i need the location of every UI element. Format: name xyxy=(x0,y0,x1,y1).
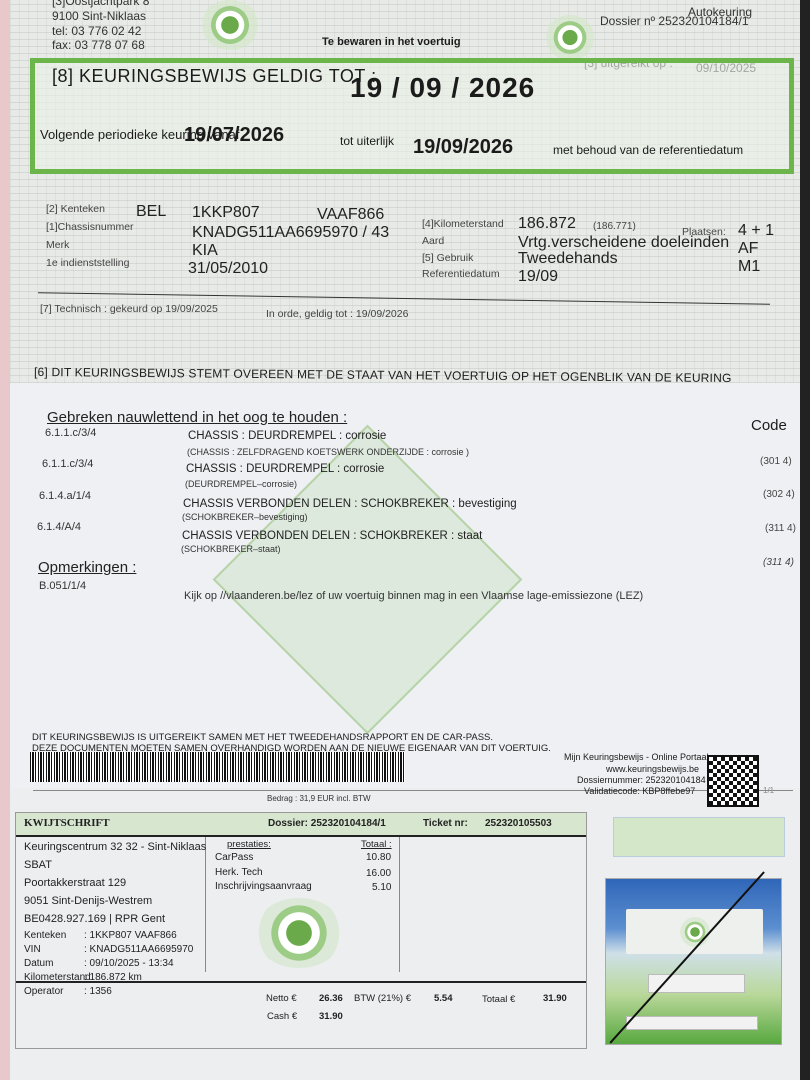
vat-label: BTW (21%) € xyxy=(354,993,411,1004)
company-vat: BE0428.927.169 | RPR Gent xyxy=(24,913,165,925)
defect-ref: 6.1.1.c/3/4 xyxy=(45,427,96,439)
defect-detail: (CHASSIS : ZELFDRAGEND KOETSWERK ONDERZI… xyxy=(187,447,469,457)
type-code: AF xyxy=(738,240,758,258)
chassis-number: KNADG511AA6695970 / 43 xyxy=(192,224,389,242)
plate-country: BEL xyxy=(136,203,166,221)
plate-label: [2] Kenteken xyxy=(46,203,105,215)
service-name: CarPass xyxy=(215,852,253,863)
inspection-center: Keuringscentrum 32 32 - Sint-Niklaas xyxy=(24,841,206,853)
company-street: Poortakkerstraat 129 xyxy=(24,877,126,889)
defect-code: (311 4) xyxy=(765,523,796,534)
net-label: Netto € xyxy=(266,993,297,1004)
defect-description: CHASSIS : DEURDREMPEL : corrosie xyxy=(186,463,384,475)
company-city: 9051 Sint-Denijs-Westrem xyxy=(24,895,152,907)
valid-until-date: 19 / 09 / 2026 xyxy=(350,72,535,104)
portal-dossier: Dossiernummer: 252320104184 xyxy=(577,775,706,785)
mileage-previous: (186.771) xyxy=(593,221,636,232)
defect-description: CHASSIS VERBONDEN DELEN : SCHOKBREKER : … xyxy=(183,498,517,510)
defect-ref: 6.1.4.a/1/4 xyxy=(39,490,91,502)
address-line1: [3]Oostjachtpark 8 xyxy=(52,0,149,8)
ticket-number: 252320105503 xyxy=(485,818,552,829)
footer-notice-1: DIT KEURINGSBEWIJS IS UITGEREIKT SAMEN M… xyxy=(32,732,493,743)
divider xyxy=(205,837,206,972)
mileage-value: 186.872 xyxy=(518,215,576,233)
make-value: KIA xyxy=(192,242,218,260)
reference-date-value: 19/09 xyxy=(518,268,558,286)
remarks-heading: Opmerkingen : xyxy=(38,559,136,576)
phone: tel: 03 776 02 42 xyxy=(52,24,141,38)
valid-until-label: [8] KEURINGSBEWIJS GELDIG TOT : xyxy=(52,66,377,87)
service-amount: 5.10 xyxy=(372,882,391,893)
reference-date-label: Referentiedatum xyxy=(422,268,500,280)
service-name: Inschrijvingsaanvraag xyxy=(215,881,312,892)
divider xyxy=(399,837,400,972)
divider xyxy=(16,981,586,983)
company-name: SBAT xyxy=(24,859,52,871)
next-inspection-to: 19/09/2026 xyxy=(413,136,513,159)
validation-code: Validatiecode: KBP8ffebe97 xyxy=(584,786,695,796)
cash-label: Cash € xyxy=(267,1011,297,1022)
goca-eye-logo-icon xyxy=(200,0,260,50)
goca-eye-logo-icon xyxy=(254,898,344,968)
goca-eye-logo-icon xyxy=(545,15,595,60)
page-indicator: 1/1 xyxy=(763,786,774,795)
chassis-label: [1]Chassisnummer xyxy=(46,221,134,233)
sticker-field xyxy=(626,1016,758,1030)
receipt: KWIJTSCHRIFT Dossier: 252320104184/1 Tic… xyxy=(15,812,587,1049)
background-edge xyxy=(800,0,810,1080)
plate-number: 1KKP807 xyxy=(192,204,260,222)
next-inspection-from: 19/07/2026 xyxy=(184,124,284,147)
receipt-field-label: Datum xyxy=(24,958,53,969)
defect-code: (311 4) xyxy=(763,557,794,568)
plate-extra: VAAF866 xyxy=(317,206,384,224)
keep-notice: Te bewaren in het voertuig xyxy=(322,36,461,48)
remark-text: Kijk op //vlaanderen.be/lez of uw voertu… xyxy=(184,590,643,602)
defect-detail: (DEURDREMPEL–corrosie) xyxy=(185,479,297,489)
services-header: prestaties: xyxy=(227,839,271,850)
portal-title: Mijn Keuringsbewijs - Online Portaal xyxy=(564,752,709,762)
defect-description: CHASSIS : DEURDREMPEL : corrosie xyxy=(188,430,386,442)
defect-ref: 6.1.4/A/4 xyxy=(37,521,81,533)
inspection-certificate: [3]Oostjachtpark 8 9100 Sint-Niklaas tel… xyxy=(10,0,805,383)
service-name: Herk. Tech xyxy=(215,867,263,878)
remark-ref: B.051/1/4 xyxy=(39,580,86,592)
receipt-title: KWIJTSCHRIFT xyxy=(24,817,110,829)
defect-code: (302 4) xyxy=(763,489,795,500)
vehicle-category: M1 xyxy=(738,258,760,276)
next-inspection-suffix: met behoud van de referentiedatum xyxy=(553,143,743,157)
ticket-label: Ticket nr: xyxy=(423,818,468,829)
dossier-number: Dossier nº 252320104184/1 xyxy=(600,14,749,28)
usage-value: Tweedehands xyxy=(518,250,618,268)
first-registration-label: 1e indienststelling xyxy=(46,257,129,269)
total-label: Totaal € xyxy=(482,994,515,1005)
receipt-field-label: Kenteken xyxy=(24,930,66,941)
mileage-label: [4]Kilometerstand xyxy=(422,218,504,230)
defect-ref: 6.1.1.c/3/4 xyxy=(42,458,93,470)
code-header: Code xyxy=(751,417,787,434)
receipt-dossier: Dossier: 252320104184/1 xyxy=(268,818,386,829)
receipt-field-value: : 1356 xyxy=(84,986,112,997)
receipt-field-label: VIN xyxy=(24,944,41,955)
defect-code: (301 4) xyxy=(760,456,792,467)
first-registration-date: 31/05/2010 xyxy=(188,260,268,278)
usage-label: [5] Gebruik xyxy=(422,252,473,264)
receipt-field-value: : KNADG511AA6695970 xyxy=(84,944,193,955)
service-amount: 16.00 xyxy=(366,868,391,879)
service-amount: 10.80 xyxy=(366,852,391,863)
vat-amount: 5.54 xyxy=(434,993,453,1004)
next-inspection-mid: tot uiterlijk xyxy=(340,134,394,148)
defect-description: CHASSIS VERBONDEN DELEN : SCHOKBREKER : … xyxy=(182,530,482,542)
receipt-field-value: : 09/10/2025 - 13:34 xyxy=(84,958,174,969)
qr-code xyxy=(707,755,759,807)
seats-value: 4 + 1 xyxy=(738,222,774,240)
amount-total: Bedrag : 31,9 EUR incl. BTW xyxy=(267,794,371,803)
cash-amount: 31.90 xyxy=(319,1011,343,1022)
type-label: Aard xyxy=(422,235,444,247)
total-header: Totaal : xyxy=(361,839,392,850)
address-line2: 9100 Sint-Niklaas xyxy=(52,9,146,23)
defect-detail: (SCHOKBREKER–bevestiging) xyxy=(182,512,308,522)
receipt-field-value: : 1KKP807 VAAF866 xyxy=(84,930,177,941)
defects-heading: Gebreken nauwlettend in het oog te houde… xyxy=(47,409,347,426)
inspection-document: [3]Oostjachtpark 8 9100 Sint-Niklaas tel… xyxy=(10,0,805,1080)
barcode xyxy=(30,752,405,782)
net-amount: 26.36 xyxy=(319,993,343,1004)
goca-eye-logo-icon xyxy=(680,917,710,947)
make-label: Merk xyxy=(46,239,69,251)
sticker-top-panel xyxy=(613,817,785,857)
total-amount: 31.90 xyxy=(543,993,567,1004)
defect-detail: (SCHOKBREKER–staat) xyxy=(181,544,281,554)
fax: fax: 03 778 07 68 xyxy=(52,38,145,52)
receipt-field-label: Operator xyxy=(24,986,63,997)
technical-inspection: [7] Technisch : gekeurd op 19/09/2025 xyxy=(40,303,218,315)
technical-valid-until: In orde, geldig tot : 19/09/2026 xyxy=(266,308,408,320)
portal-url[interactable]: www.keuringsbewijs.be xyxy=(606,764,699,774)
